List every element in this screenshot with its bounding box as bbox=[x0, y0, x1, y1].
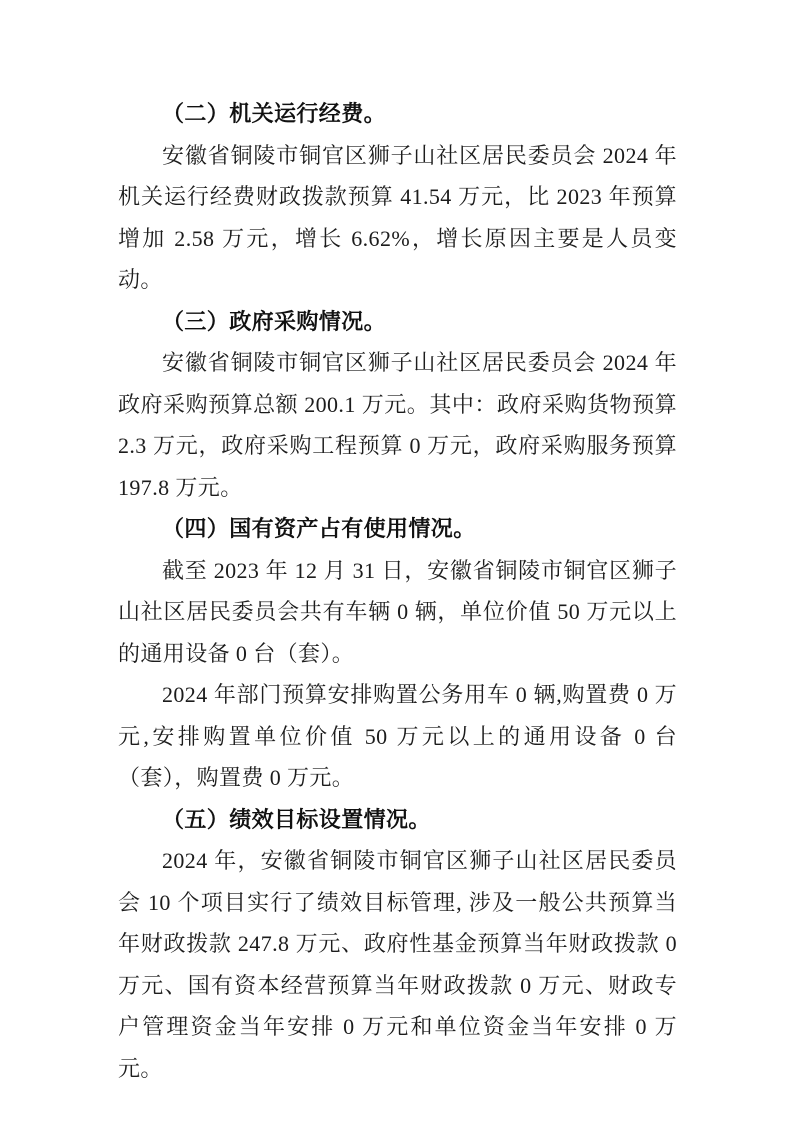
document-content: （二）机关运行经费。 安徽省铜陵市铜官区狮子山社区居民委员会 2024 年机关运… bbox=[118, 93, 677, 1089]
section-heading-3: （三）政府采购情况。 bbox=[118, 301, 677, 343]
paragraph-performance-targets: 2024 年，安徽省铜陵市铜官区狮子山社区居民委员会 10 个项目实行了绩效目标… bbox=[118, 840, 677, 1089]
section-heading-2: （二）机关运行经费。 bbox=[118, 93, 677, 135]
paragraph-government-procurement: 安徽省铜陵市铜官区狮子山社区居民委员会 2024 年政府采购预算总额 200.1… bbox=[118, 342, 677, 508]
section-heading-5: （五）绩效目标设置情况。 bbox=[118, 799, 677, 841]
paragraph-state-assets-current: 截至 2023 年 12 月 31 日，安徽省铜陵市铜官区狮子山社区居民委员会共… bbox=[118, 550, 677, 675]
document-page: （二）机关运行经费。 安徽省铜陵市铜官区狮子山社区居民委员会 2024 年机关运… bbox=[0, 0, 793, 1122]
paragraph-state-assets-budget: 2024 年部门预算安排购置公务用车 0 辆,购置费 0 万元,安排购置单位价值… bbox=[118, 674, 677, 799]
section-heading-4: （四）国有资产占有使用情况。 bbox=[118, 508, 677, 550]
paragraph-agency-operating-expense: 安徽省铜陵市铜官区狮子山社区居民委员会 2024 年机关运行经费财政拨款预算 4… bbox=[118, 135, 677, 301]
